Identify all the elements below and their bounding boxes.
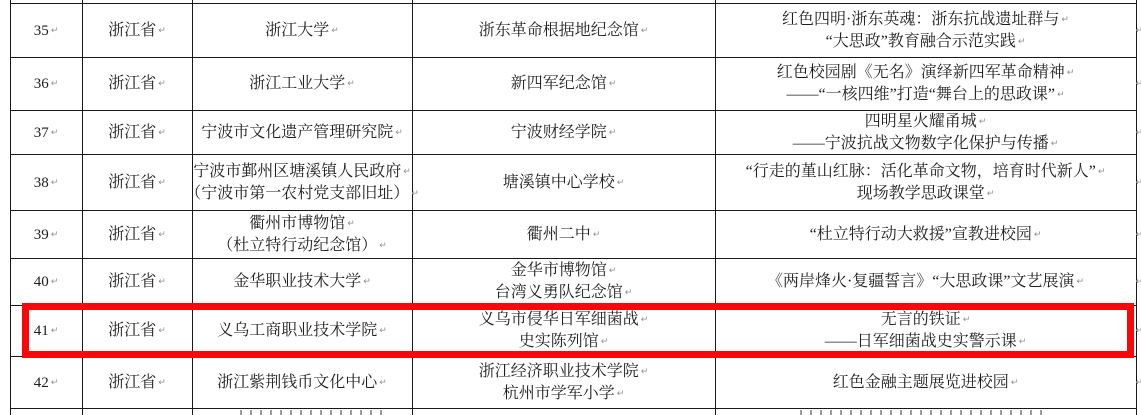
cell-organization: 宁波市文化遗产管理研究院↵ — [192, 111, 412, 154]
paragraph-mark: ↵ — [1098, 167, 1106, 177]
cell-organization: 浙江紫荆钱币文化中心↵ — [192, 357, 412, 408]
paragraph-mark: ↵ — [395, 128, 403, 138]
row-end-mark: ↵ — [1135, 277, 1141, 287]
paragraph-mark: ↵ — [331, 26, 339, 36]
cell-number: 40↵ — [10, 259, 82, 305]
paragraph-mark: ↵ — [641, 26, 649, 36]
paragraph-mark: ↵ — [1057, 90, 1065, 100]
paragraph-mark: ↵ — [609, 79, 617, 89]
paragraph-mark: ↵ — [158, 277, 166, 287]
row-end-mark: ↵ — [1135, 178, 1141, 188]
paragraph-mark: ↵ — [987, 189, 995, 199]
paragraph-mark: ↵ — [51, 79, 59, 89]
cell-province: 浙江省↵ — [82, 211, 192, 258]
cell-project: 红色金融主题展览进校园↵ — [715, 357, 1136, 408]
row-number: 37↵ — [34, 122, 59, 144]
table-row: 37↵ 浙江省↵ 宁波市文化遗产管理研究院↵ 宁波财经学院↵ 四明星火耀甬城↵ … — [10, 111, 1136, 154]
table-gridline — [10, 408, 1137, 409]
paragraph-mark: ↵ — [1051, 139, 1059, 149]
cell-partner: 浙东革命根据地纪念馆↵ — [412, 4, 715, 57]
row-end-mark: ↵ — [1135, 326, 1141, 336]
cell-project: 《两岸烽火·复疆誓言》“大思政课”文艺展演↵ — [715, 259, 1136, 305]
table-row: 35↵ 浙江省↵ 浙江大学↵ 浙东革命根据地纪念馆↵ 红色四明·浙东英魂：浙东抗… — [10, 4, 1136, 57]
cell-organization: 宁波市鄞州区塘溪镇人民政府↵ （宁波市第一农村党支部旧址）↵ — [192, 155, 412, 210]
paragraph-mark: ↵ — [593, 230, 601, 240]
paragraph-mark: ↵ — [51, 26, 59, 36]
paragraph-mark: ↵ — [1067, 68, 1075, 78]
cell-organization: 浙江工业大学↵ — [192, 58, 412, 110]
partial-row-text — [240, 410, 390, 415]
paragraph-mark: ↵ — [1011, 378, 1019, 388]
paragraph-mark: ↵ — [51, 277, 59, 287]
paragraph-mark: ↵ — [1034, 230, 1042, 240]
cell-number: 42↵ — [10, 357, 82, 408]
paragraph-mark: ↵ — [1077, 277, 1085, 287]
cell-number: 37↵ — [10, 111, 82, 154]
row-number: 35↵ — [34, 20, 59, 42]
cell-province: 浙江省↵ — [82, 357, 192, 408]
cell-number: 39↵ — [10, 211, 82, 258]
table-row: 39↵ 浙江省↵ 衢州市博物馆↵ （杜立特行动纪念馆）↵ 衢州二中↵ “杜立特行… — [10, 211, 1136, 258]
cell-number: 35↵ — [10, 4, 82, 57]
row-number: 36↵ — [34, 73, 59, 95]
paragraph-mark: ↵ — [158, 26, 166, 36]
cell-province: 浙江省↵ — [82, 111, 192, 154]
cell-province: 浙江省↵ — [82, 4, 192, 57]
paragraph-mark: ↵ — [158, 378, 166, 388]
row-number: 40↵ — [34, 271, 59, 293]
paragraph-mark: ↵ — [625, 288, 633, 298]
paragraph-mark: ↵ — [51, 378, 59, 388]
cell-partner: 衢州二中↵ — [412, 211, 715, 258]
paragraph-mark: ↵ — [641, 367, 649, 377]
paragraph-mark: ↵ — [979, 117, 987, 127]
partial-row-text — [800, 410, 1050, 415]
paragraph-mark: ↵ — [617, 178, 625, 188]
paragraph-mark: ↵ — [347, 219, 355, 229]
cell-province: 浙江省↵ — [82, 58, 192, 110]
paragraph-mark: ↵ — [609, 266, 617, 276]
paragraph-mark: ↵ — [363, 277, 371, 287]
cell-organization: 金华职业技术大学↵ — [192, 259, 412, 305]
cell-partner: 浙江经济职业技术学院↵ 杭州市学军小学↵ — [412, 357, 715, 408]
cell-partner: 塘溪镇中心学校↵ — [412, 155, 715, 210]
row-end-mark: ↵ — [1135, 26, 1141, 36]
paragraph-mark: ↵ — [51, 128, 59, 138]
row-number: 38↵ — [34, 172, 59, 194]
cell-province: 浙江省↵ — [82, 259, 192, 305]
cell-province: 浙江省↵ — [82, 155, 192, 210]
row-number: 39↵ — [34, 224, 59, 246]
paragraph-mark: ↵ — [1061, 15, 1069, 25]
cell-organization: 浙江大学↵ — [192, 4, 412, 57]
paragraph-mark: ↵ — [347, 79, 355, 89]
paragraph-mark: ↵ — [403, 167, 411, 177]
paragraph-mark: ↵ — [617, 389, 625, 399]
row-number: 42↵ — [34, 372, 59, 394]
table-row: 40↵ 浙江省↵ 金华职业技术大学↵ 金华市博物馆↵ 台湾义勇队纪念馆↵ 《两岸… — [10, 259, 1136, 305]
row-end-mark: ↵ — [1135, 378, 1141, 388]
paragraph-mark: ↵ — [158, 230, 166, 240]
cell-partner: 新四军纪念馆↵ — [412, 58, 715, 110]
paragraph-mark: ↵ — [379, 241, 387, 251]
paragraph-mark: ↵ — [609, 128, 617, 138]
highlight-box — [22, 303, 1134, 358]
cell-number: 36↵ — [10, 58, 82, 110]
cell-project: 四明星火耀甬城↵ ——宁波抗战文物数字化保护与传播↵ — [715, 111, 1136, 154]
cell-number: 38↵ — [10, 155, 82, 210]
cell-partner: 金华市博物馆↵ 台湾义勇队纪念馆↵ — [412, 259, 715, 305]
paragraph-mark: ↵ — [158, 79, 166, 89]
paragraph-mark: ↵ — [1018, 37, 1026, 47]
paragraph-mark: ↵ — [158, 178, 166, 188]
cell-project: 红色校园剧《无名》演绎新四军革命精神↵ ——“一核四维”打造“舞台上的思政课”↵ — [715, 58, 1136, 110]
table-row: 38↵ 浙江省↵ 宁波市鄞州区塘溪镇人民政府↵ （宁波市第一农村党支部旧址）↵ … — [10, 155, 1136, 210]
cell-organization: 衢州市博物馆↵ （杜立特行动纪念馆）↵ — [192, 211, 412, 258]
table-row: 42↵ 浙江省↵ 浙江紫荆钱币文化中心↵ 浙江经济职业技术学院↵ 杭州市学军小学… — [10, 357, 1136, 408]
table-gridline — [1136, 0, 1137, 415]
document-page: 35↵ 浙江省↵ 浙江大学↵ 浙东革命根据地纪念馆↵ 红色四明·浙东英魂：浙东抗… — [0, 0, 1141, 415]
paragraph-mark: ↵ — [51, 230, 59, 240]
table-row: 36↵ 浙江省↵ 浙江工业大学↵ 新四军纪念馆↵ 红色校园剧《无名》演绎新四军革… — [10, 58, 1136, 110]
cell-project: 红色四明·浙东英魂：浙东抗战遗址群与↵ “大思政”教育融合示范实践↵ — [715, 4, 1136, 57]
paragraph-mark: ↵ — [158, 128, 166, 138]
cell-project: “行走的堇山红脉：活化革命文物，培育时代新人”↵ 现场教学思政课堂↵ — [715, 155, 1136, 210]
cell-partner: 宁波财经学院↵ — [412, 111, 715, 154]
paragraph-mark: ↵ — [51, 178, 59, 188]
row-end-mark: ↵ — [1135, 230, 1141, 240]
paragraph-mark: ↵ — [379, 378, 387, 388]
cell-project: “杜立特行动大救援”宣教进校园↵ — [715, 211, 1136, 258]
row-end-mark: ↵ — [1135, 128, 1141, 138]
row-end-mark: ↵ — [1135, 79, 1141, 89]
